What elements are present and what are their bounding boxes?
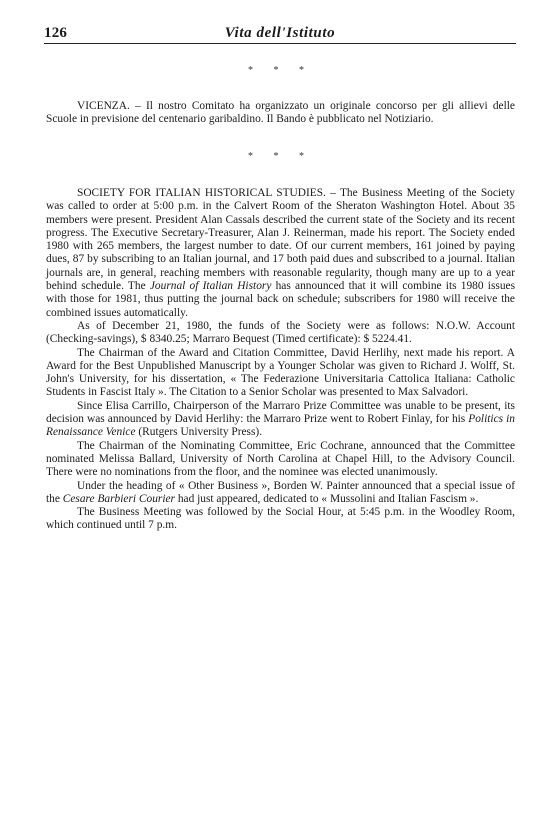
paragraph-text: Since Elisa Carrillo, Chairperson of the…	[46, 400, 515, 425]
paragraph: As of December 21, 1980, the funds of th…	[46, 320, 515, 347]
paragraph: The Chairman of the Nominating Committee…	[46, 440, 515, 480]
paragraph: SOCIETY FOR ITALIAN HISTORICAL STUDIES. …	[46, 187, 515, 320]
paragraph-text: had just appeared, dedicated to « Mussol…	[175, 493, 478, 505]
asterism-separator: * * *	[46, 65, 515, 76]
section-vicenza: VICENZA. – Il nostro Comitato ha organiz…	[46, 100, 515, 127]
paragraph: The Chairman of the Award and Citation C…	[46, 347, 515, 400]
paragraph: VICENZA. – Il nostro Comitato ha organiz…	[46, 100, 515, 127]
paragraph: The Business Meeting was followed by the…	[46, 506, 515, 533]
publication-title: Cesare Barbieri Courier	[63, 493, 175, 505]
paragraph-text: (Rutgers University Press).	[136, 426, 263, 438]
paragraph: Under the heading of « Other Business »,…	[46, 480, 515, 507]
section-heading: VICENZA.	[77, 100, 130, 112]
section-heading: SOCIETY FOR ITALIAN HISTORICAL STUDIES.	[77, 187, 326, 199]
journal-title: Journal of Italian History	[150, 280, 272, 292]
asterism-separator: * * *	[46, 151, 515, 162]
running-title: Vita dell'Istituto	[44, 25, 516, 42]
section-society-italian-historical-studies: SOCIETY FOR ITALIAN HISTORICAL STUDIES. …	[46, 187, 515, 533]
running-header: 126 Vita dell'Istituto	[44, 25, 516, 44]
paragraph-text: – The Business Meeting of the Society wa…	[46, 187, 515, 292]
paragraph: Since Elisa Carrillo, Chairperson of the…	[46, 400, 515, 440]
